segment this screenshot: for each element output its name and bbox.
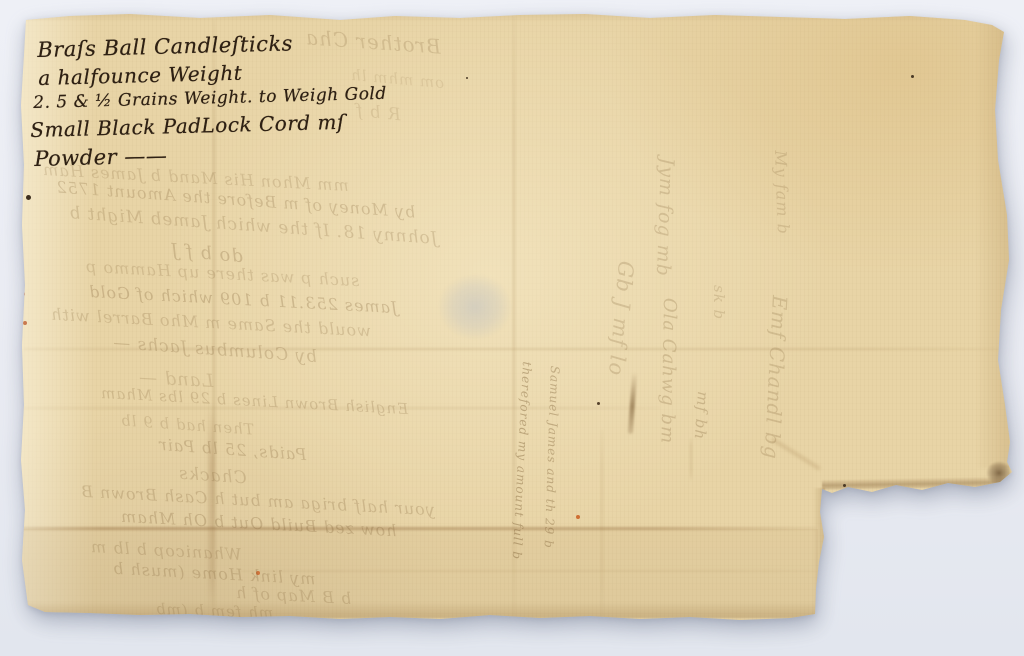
- ghost-scribble-column: My fam b: [771, 150, 793, 235]
- top-edge-toning: [24, 14, 1004, 22]
- ghost-bleed-line: my link Home (mush b: [112, 559, 316, 589]
- ghost-scribble-column: Gb J mf lo: [604, 260, 638, 377]
- ghost-scribble-column-dark: Samuel James and th 29 b: [542, 366, 562, 550]
- rust-speck: [576, 515, 580, 519]
- ink-blot-streak: [628, 372, 637, 434]
- ghost-bleed-line: by Columbus Jachs —: [112, 333, 318, 367]
- horizontal-fold-crease-faint-low: [230, 570, 815, 572]
- rust-speck: [20, 291, 25, 297]
- ink-line-half-ounce-weight: a halfounce Weight: [38, 61, 243, 90]
- ghost-scribble-column: Jym fog mb: [652, 157, 678, 277]
- ghost-scribble-column: mf bh: [691, 391, 712, 441]
- vertical-fold-crease-lower-right: [601, 430, 603, 618]
- photograph-of-manuscript: Brother Cha om mhm lh R b f mm Mhon His …: [0, 0, 1024, 656]
- rust-speck: [23, 321, 27, 325]
- paper-shadow: Brother Cha om mhm lh R b f mm Mhon His …: [0, 0, 1024, 656]
- ghost-scribble-column-dark: therefored my amount full b: [510, 361, 534, 560]
- dark-speck: [911, 75, 914, 78]
- dark-speck: [26, 195, 31, 200]
- dark-speck: [843, 484, 846, 487]
- ghost-scribble-column: Emf Chandl bg: [759, 295, 792, 461]
- ghost-scribble-column: sk b: [710, 285, 728, 320]
- ghost-bleed-line: Then had b 9 lb: [120, 411, 255, 438]
- ghost-scribble-column: Ola Cahwg bm: [656, 298, 680, 445]
- torn-edge-shading-notch-top: [822, 476, 1008, 489]
- ghost-bleed-line: Brother Cha: [304, 25, 441, 58]
- ink-line-brass-ball-candlesticks: Braſs Ball Candleſticks: [37, 31, 293, 62]
- ghost-bleed-line: Paids, 25 lb Pair: [158, 435, 308, 464]
- scratch-mark: [690, 438, 692, 480]
- ink-line-small-black-padlock: Small Black PadLock Cord mſ: [30, 110, 345, 142]
- ink-line-powder: Powder ——: [34, 144, 168, 171]
- dark-speck: [466, 77, 468, 79]
- bottom-edge-toning: [24, 602, 816, 618]
- dark-speck: [597, 402, 600, 405]
- right-edge-toning: [976, 16, 1010, 468]
- dark-corner-fragment: [986, 461, 1012, 485]
- horizontal-fold-crease-strong: [20, 527, 816, 530]
- embossed-seal-watermark: [438, 274, 512, 340]
- torn-edge-shading-notch-left: [813, 488, 825, 616]
- ghost-bleed-line: mh fem b (mb: [155, 600, 274, 622]
- manuscript-paper: Brother Cha om mhm lh R b f mm Mhon His …: [0, 0, 1024, 656]
- ghost-bleed-line: Chacks: [177, 464, 247, 489]
